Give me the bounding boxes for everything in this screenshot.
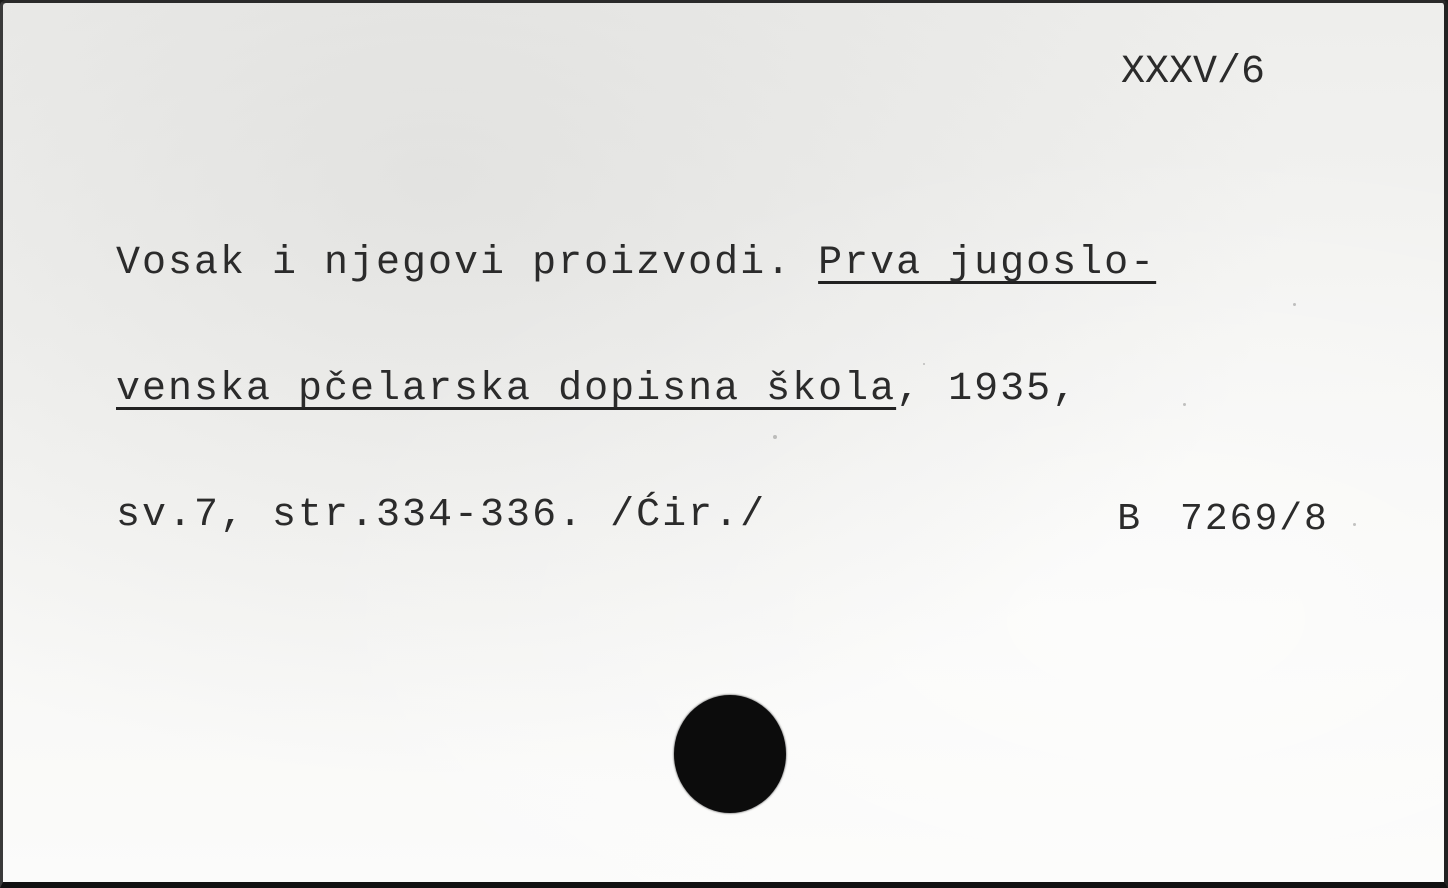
entry-line-1: Vosak i njegovi proizvodi. Prva jugoslo- (116, 241, 1156, 287)
entry-volume-pages: sv.7, str.334-336. (116, 493, 610, 538)
entry-line-2: venska pčelarska dopisna škola, 1935, (116, 367, 1156, 413)
call-number: XXXV/6 (1121, 53, 1265, 93)
paper-speck (773, 435, 777, 439)
paper-speck (1293, 303, 1296, 306)
entry-title: Vosak i njegovi proizvodi. (116, 241, 818, 286)
entry-source-part-1: Prva jugoslo- (818, 241, 1156, 286)
paper-speck (1183, 403, 1186, 406)
bibliographic-entry: Vosak i njegovi proizvodi. Prva jugoslo-… (116, 161, 1156, 619)
entry-script-note: /Ćir./ (610, 493, 766, 538)
paper-speck (923, 363, 925, 365)
shelf-mark-prefix: B (1117, 498, 1142, 541)
entry-year: , 1935, (896, 367, 1078, 412)
catalog-card: XXXV/6 Vosak i njegovi proizvodi. Prva j… (0, 0, 1448, 888)
paper-speck (1353, 523, 1356, 526)
entry-source-part-2: venska pčelarska dopisna škola (116, 367, 896, 412)
shelf-mark: B7269/8 (1018, 463, 1329, 577)
punch-hole-icon (674, 695, 786, 813)
entry-line-3: sv.7, str.334-336. /Ćir./ (116, 493, 1156, 539)
shelf-mark-number: 7269/8 (1180, 498, 1329, 541)
